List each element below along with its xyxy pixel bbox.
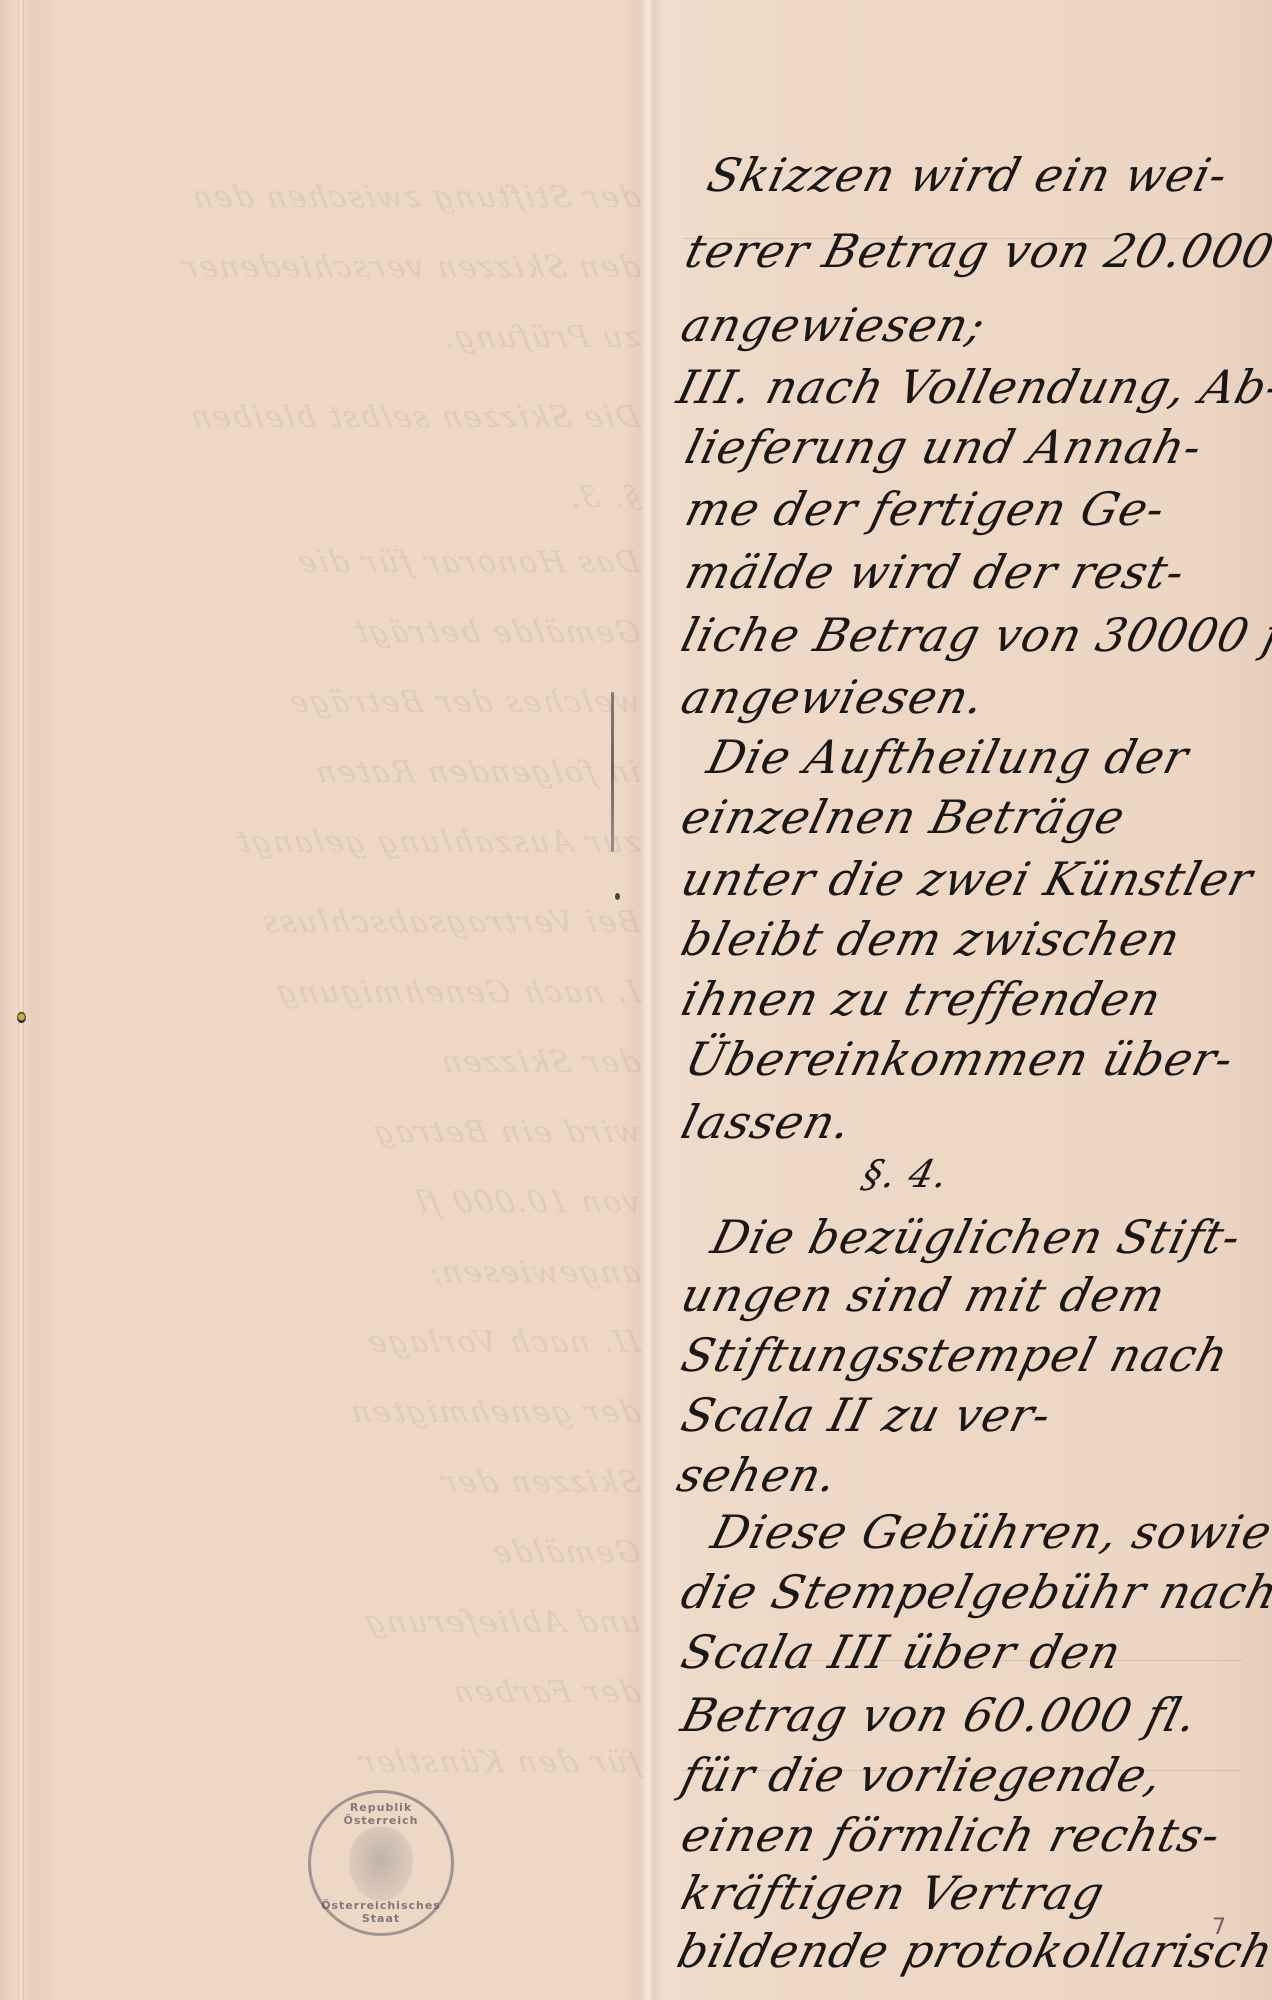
left-page-bleedthrough: der Stiftung zwischen den den Skizzen ve… — [30, 0, 640, 2000]
stamp-top-text: Republik Österreich — [311, 1801, 451, 1827]
text-line: Betrag von 60.000 fl. — [676, 1688, 1203, 1742]
text-line: ungen sind mit dem — [676, 1268, 1171, 1322]
right-page-handwriting: Skizzen wird ein wei- terer Betrag von 2… — [662, 0, 1272, 2000]
text-line: Die bezüglichen Stift- — [706, 1210, 1247, 1264]
pencil-margin-mark — [611, 692, 614, 852]
text-line: die Stempelgebühr nach — [676, 1565, 1272, 1619]
ghost-line: Gemälde — [176, 1535, 643, 1570]
text-line: me der fertigen Ge- — [680, 482, 1171, 536]
stamp-bottom-text: Österreichisches Staat — [311, 1899, 451, 1925]
text-line: Stiftungsstempel nach — [676, 1328, 1234, 1382]
text-line: Übereinkommen über- — [680, 1032, 1240, 1086]
ghost-line: II. nach Vorlage — [176, 1325, 643, 1360]
pencil-page-number: 7 — [1212, 1915, 1226, 1940]
text-line: III. nach Vollendung, Ab- — [672, 360, 1272, 414]
ghost-line: den Skizzen verschiedener — [176, 250, 643, 285]
text-line: unter die zwei Künstler — [676, 852, 1259, 906]
text-line: Die Auftheilung der — [702, 730, 1195, 784]
binding-edge — [18, 0, 24, 2000]
text-line: einzelnen Beträge — [676, 790, 1131, 844]
text-line: Skizzen wird ein wei- — [702, 148, 1234, 202]
ghost-line: Bei Vertragsabschluss — [176, 905, 643, 940]
ghost-line: der Skizzen — [176, 1045, 643, 1080]
ghost-line: der Stiftung zwischen den — [176, 180, 643, 215]
text-line: mälde wird der rest- — [680, 545, 1191, 599]
ghost-line: Gemälde beträgt — [176, 615, 643, 650]
binding-thread-hole — [17, 1012, 26, 1023]
text-line: einen förmlich rechts- — [676, 1808, 1226, 1862]
archive-stamp: Republik Österreich Österreichisches Sta… — [308, 1790, 454, 1936]
ghost-line: für den Künstler — [176, 1745, 643, 1780]
ghost-line: wird ein Betrag — [176, 1115, 643, 1150]
text-line: terer Betrag von 20.000 fl — [680, 224, 1272, 278]
text-line: sehen. — [672, 1448, 843, 1502]
text-line: bleibt dem zwischen — [676, 912, 1186, 966]
ghost-line: zu Prüfung. — [176, 320, 643, 355]
scanned-document-spread: der Stiftung zwischen den den Skizzen ve… — [0, 0, 1272, 2000]
text-line: kräftigen Vertrag — [676, 1866, 1110, 1920]
text-line: Scala II zu ver- — [676, 1388, 1057, 1442]
text-line: für die vorliegende, — [676, 1748, 1169, 1802]
section-heading: §. 4. — [858, 1152, 953, 1196]
page-gutter-fold — [640, 0, 662, 2000]
pencil-dot — [615, 893, 620, 900]
text-line: Diese Gebühren, sowie — [706, 1505, 1272, 1559]
text-line: lassen. — [676, 1095, 857, 1149]
ghost-line: und Ablieferung — [176, 1605, 643, 1640]
text-line: angewiesen. — [676, 670, 991, 724]
text-line: Scala III über den — [676, 1625, 1127, 1679]
ghost-line: der genehmigten — [176, 1395, 643, 1430]
ghost-line: in folgenden Raten — [176, 755, 643, 790]
ghost-line: welches der Beträge — [176, 685, 643, 720]
ghost-line: I. nach Genehmigung — [176, 975, 643, 1010]
eagle-emblem-icon — [349, 1827, 413, 1901]
ghost-line: Das Honorar für die — [176, 545, 643, 580]
text-line: angewiesen; — [676, 298, 991, 352]
ghost-line: §. 3. — [176, 480, 643, 515]
text-line: liche Betrag von 30000 fl — [676, 608, 1272, 662]
ghost-line: der Farben — [176, 1675, 643, 1710]
text-line: lieferung und Annah- — [680, 420, 1208, 474]
ghost-line: zur Auszahlung gelangt — [176, 825, 643, 860]
ghost-line: angewiesen; — [176, 1255, 643, 1290]
ghost-line: Skizzen der — [176, 1465, 643, 1500]
ghost-line: Die Skizzen selbst bleiben — [176, 400, 643, 435]
text-line: bildende protokollarische — [672, 1924, 1272, 1978]
text-line: ihnen zu treffenden — [676, 972, 1167, 1026]
ghost-line: von 10.000 fl — [176, 1185, 643, 1220]
